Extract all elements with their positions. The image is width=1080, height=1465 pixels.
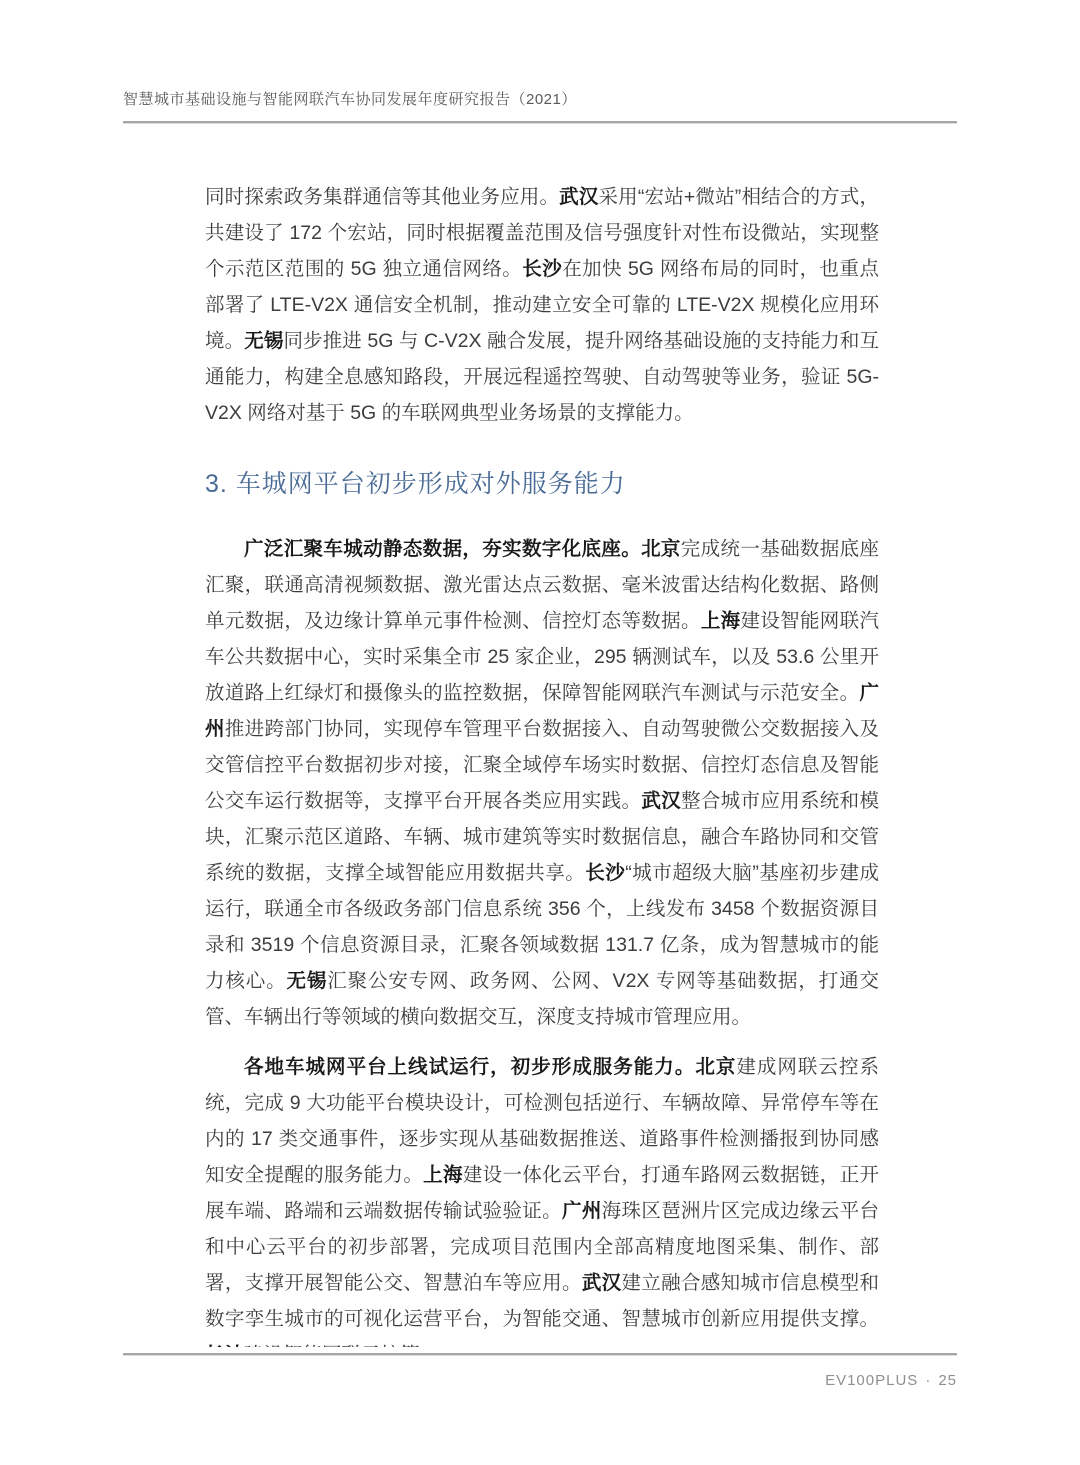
bold-text-run: 北京 (641, 538, 681, 560)
bold-text-run: 各地车城网平台上线试运行，初步形成服务能力。 (244, 1056, 695, 1078)
header-rule (123, 121, 957, 123)
bold-text-run: 北京 (695, 1056, 736, 1078)
report-title: 智慧城市基础设施与智能网联汽车协同发展年度研究报告（2021） (123, 91, 577, 108)
body-paragraph: 各地车城网平台上线试运行，初步形成服务能力。北京建成网联云控系统，完成 9 大功… (205, 1049, 879, 1347)
footer-separator: · (925, 1372, 931, 1389)
body-paragraph: 同时探索政务集群通信等其他业务应用。武汉采用“宏站+微站”相结合的方式，共建设了… (205, 179, 879, 431)
bold-text-run: 武汉 (559, 186, 598, 208)
footer-rule (123, 1353, 957, 1355)
page-header: 智慧城市基础设施与智能网联汽车协同发展年度研究报告（2021） (123, 88, 957, 109)
page-footer: EV100PLUS·25 (825, 1372, 957, 1389)
bold-text-run: 广州 (562, 1200, 602, 1222)
bold-text-run: 武汉 (641, 790, 681, 812)
text-run: 同步推进 5G 与 C-V2X 融合发展，提升网络基础设施的支持能力和互通能力，… (205, 330, 879, 424)
document-page: 智慧城市基础设施与智能网联汽车协同发展年度研究报告（2021） 同时探索政务集群… (0, 0, 1080, 1465)
bold-text-run: 上海 (701, 610, 741, 632)
footer-page-number: 25 (938, 1372, 957, 1389)
body-paragraph: 广泛汇聚车城动静态数据，夯实数字化底座。北京完成统一基础数据底座汇聚，联通高清视… (205, 531, 879, 1035)
text-run: 同时探索政务集群通信等其他业务应用。 (205, 186, 559, 208)
bold-text-run: 无锡 (287, 970, 328, 992)
section-heading: 3. 车城网平台初步形成对外服务能力 (205, 467, 879, 501)
text-run: 建设智能网联云控管 (244, 1344, 420, 1347)
page-content: 同时探索政务集群通信等其他业务应用。武汉采用“宏站+微站”相结合的方式，共建设了… (205, 179, 879, 1347)
bold-text-run: 广泛汇聚车城动静态数据，夯实数字化底座。 (244, 538, 641, 560)
bold-text-run: 无锡 (244, 330, 283, 352)
bold-text-run: 长沙 (585, 862, 625, 884)
bold-text-run: 长沙 (205, 1344, 244, 1347)
footer-brand: EV100PLUS (825, 1372, 918, 1389)
bold-text-run: 武汉 (582, 1272, 622, 1294)
bold-text-run: 上海 (423, 1164, 463, 1186)
bold-text-run: 长沙 (522, 258, 562, 280)
